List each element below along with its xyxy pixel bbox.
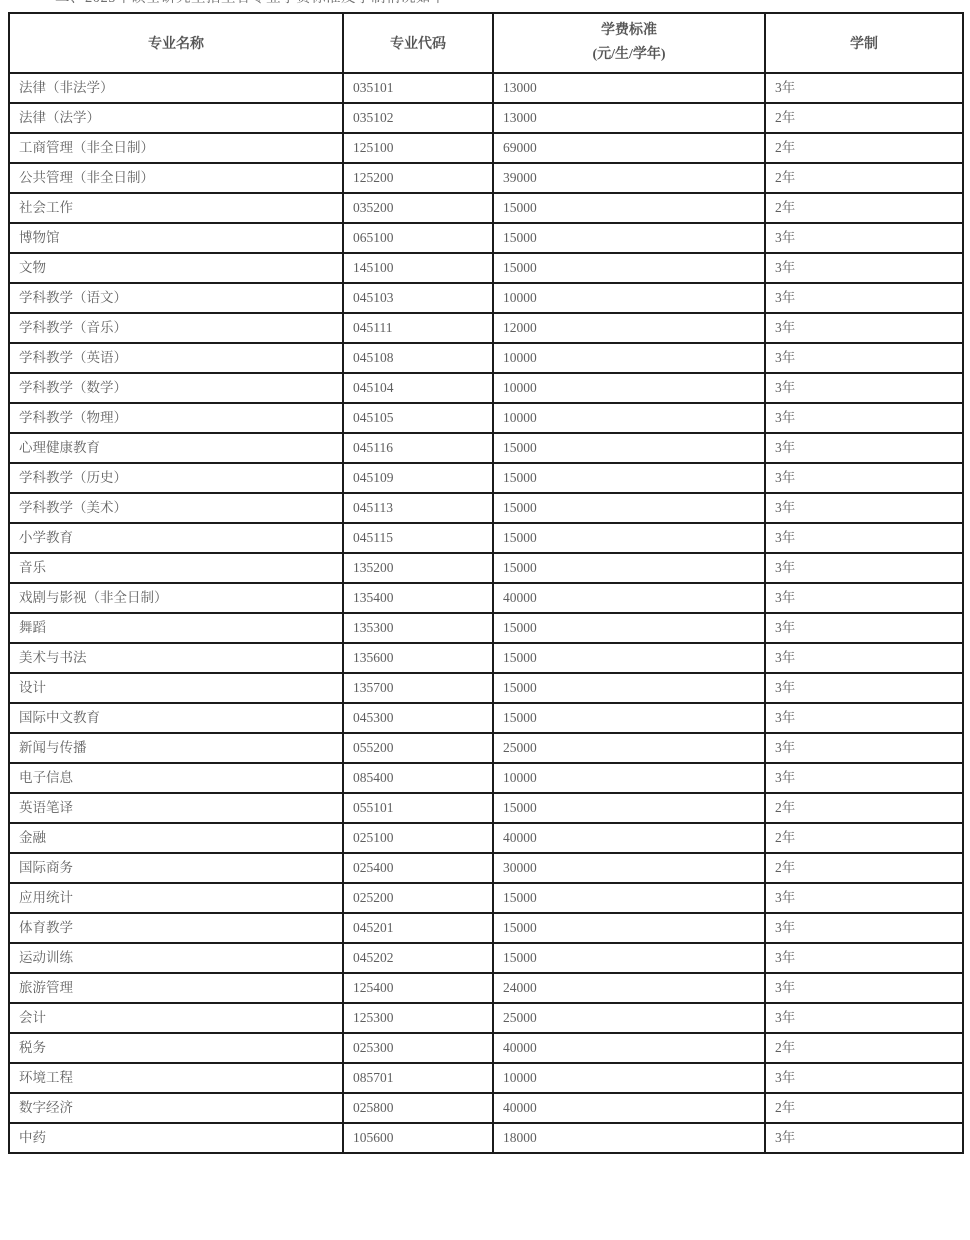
table-row: 体育教学045201150003年 [9, 913, 963, 943]
header-row: 专业名称 专业代码 学费标准 (元/生/学年) 学制 [9, 13, 963, 73]
table-row: 学科教学（历史）045109150003年 [9, 463, 963, 493]
major-code-cell: 035102 [343, 103, 493, 133]
duration-cell: 2年 [765, 163, 963, 193]
major-name-cell: 中药 [9, 1123, 343, 1153]
major-code-cell: 085701 [343, 1063, 493, 1093]
duration-cell: 3年 [765, 763, 963, 793]
major-code-cell: 045103 [343, 283, 493, 313]
major-name-cell: 运动训练 [9, 943, 343, 973]
major-name-cell: 公共管理（非全日制） [9, 163, 343, 193]
table-row: 工商管理（非全日制）125100690002年 [9, 133, 963, 163]
tuition-cell: 10000 [493, 1063, 765, 1093]
table-row: 国际中文教育045300150003年 [9, 703, 963, 733]
table-row: 公共管理（非全日制）125200390002年 [9, 163, 963, 193]
tuition-cell: 40000 [493, 1093, 765, 1123]
major-code-cell: 045202 [343, 943, 493, 973]
major-name-cell: 音乐 [9, 553, 343, 583]
duration-cell: 3年 [765, 883, 963, 913]
tuition-cell: 10000 [493, 763, 765, 793]
tuition-cell: 15000 [493, 793, 765, 823]
major-name-cell: 体育教学 [9, 913, 343, 943]
duration-cell: 3年 [765, 1003, 963, 1033]
tuition-cell: 15000 [493, 193, 765, 223]
tuition-cell: 15000 [493, 493, 765, 523]
table-row: 旅游管理125400240003年 [9, 973, 963, 1003]
table-row: 设计135700150003年 [9, 673, 963, 703]
document-page: 二、2025年硕士研究生招生各专业学费标准及学制情况如下 专业名称 专业代码 学… [0, 0, 970, 1240]
tuition-cell: 15000 [493, 223, 765, 253]
table-row: 金融025100400002年 [9, 823, 963, 853]
major-name-cell: 博物馆 [9, 223, 343, 253]
table-row: 国际商务025400300002年 [9, 853, 963, 883]
major-code-cell: 045116 [343, 433, 493, 463]
tuition-cell: 10000 [493, 373, 765, 403]
table-row: 电子信息085400100003年 [9, 763, 963, 793]
duration-cell: 3年 [765, 673, 963, 703]
major-name-cell: 小学教育 [9, 523, 343, 553]
duration-cell: 3年 [765, 523, 963, 553]
duration-cell: 3年 [765, 1123, 963, 1153]
duration-cell: 3年 [765, 433, 963, 463]
clipped-heading: 二、2025年硕士研究生招生各专业学费标准及学制情况如下 [8, 0, 970, 12]
table-row: 中药105600180003年 [9, 1123, 963, 1153]
tuition-cell: 10000 [493, 283, 765, 313]
major-name-cell: 环境工程 [9, 1063, 343, 1093]
table-row: 税务025300400002年 [9, 1033, 963, 1063]
major-name-cell: 数字经济 [9, 1093, 343, 1123]
major-name-cell: 会计 [9, 1003, 343, 1033]
major-code-cell: 045108 [343, 343, 493, 373]
major-name-cell: 工商管理（非全日制） [9, 133, 343, 163]
duration-cell: 2年 [765, 1093, 963, 1123]
tuition-cell: 15000 [493, 253, 765, 283]
header-major-name: 专业名称 [9, 13, 343, 73]
tuition-cell: 25000 [493, 1003, 765, 1033]
header-major-code: 专业代码 [343, 13, 493, 73]
header-duration: 学制 [765, 13, 963, 73]
tuition-cell: 10000 [493, 343, 765, 373]
duration-cell: 2年 [765, 853, 963, 883]
major-name-cell: 金融 [9, 823, 343, 853]
tuition-cell: 30000 [493, 853, 765, 883]
table-row: 小学教育045115150003年 [9, 523, 963, 553]
table-row: 学科教学（物理）045105100003年 [9, 403, 963, 433]
duration-cell: 2年 [765, 103, 963, 133]
table-row: 英语笔译055101150002年 [9, 793, 963, 823]
table-row: 文物145100150003年 [9, 253, 963, 283]
major-code-cell: 045201 [343, 913, 493, 943]
tuition-fee-table: 专业名称 专业代码 学费标准 (元/生/学年) 学制 法律（非法学）035101… [8, 12, 964, 1154]
major-code-cell: 085400 [343, 763, 493, 793]
tuition-cell: 15000 [493, 913, 765, 943]
major-code-cell: 135300 [343, 613, 493, 643]
clipped-heading-text: 二、2025年硕士研究生招生各专业学费标准及学制情况如下 [55, 0, 970, 9]
duration-cell: 3年 [765, 943, 963, 973]
tuition-cell: 25000 [493, 733, 765, 763]
table-row: 法律（非法学）035101130003年 [9, 73, 963, 103]
major-name-cell: 国际商务 [9, 853, 343, 883]
tuition-cell: 39000 [493, 163, 765, 193]
duration-cell: 2年 [765, 133, 963, 163]
major-code-cell: 045113 [343, 493, 493, 523]
tuition-cell: 13000 [493, 73, 765, 103]
duration-cell: 3年 [765, 613, 963, 643]
duration-cell: 2年 [765, 823, 963, 853]
major-name-cell: 学科教学（美术） [9, 493, 343, 523]
major-code-cell: 055101 [343, 793, 493, 823]
major-code-cell: 035200 [343, 193, 493, 223]
table-row: 美术与书法135600150003年 [9, 643, 963, 673]
table-row: 音乐135200150003年 [9, 553, 963, 583]
tuition-cell: 18000 [493, 1123, 765, 1153]
major-code-cell: 025800 [343, 1093, 493, 1123]
major-code-cell: 125400 [343, 973, 493, 1003]
major-code-cell: 135400 [343, 583, 493, 613]
major-name-cell: 新闻与传播 [9, 733, 343, 763]
duration-cell: 3年 [765, 733, 963, 763]
tuition-cell: 69000 [493, 133, 765, 163]
major-code-cell: 045115 [343, 523, 493, 553]
table-row: 新闻与传播055200250003年 [9, 733, 963, 763]
table-row: 法律（法学）035102130002年 [9, 103, 963, 133]
tuition-cell: 15000 [493, 553, 765, 583]
duration-cell: 3年 [765, 223, 963, 253]
fee-table-body: 法律（非法学）035101130003年法律（法学）035102130002年工… [9, 73, 963, 1153]
duration-cell: 3年 [765, 1063, 963, 1093]
duration-cell: 3年 [765, 583, 963, 613]
table-row: 学科教学（美术）045113150003年 [9, 493, 963, 523]
major-code-cell: 025200 [343, 883, 493, 913]
tuition-cell: 15000 [493, 463, 765, 493]
major-code-cell: 025100 [343, 823, 493, 853]
duration-cell: 3年 [765, 493, 963, 523]
major-name-cell: 学科教学（英语） [9, 343, 343, 373]
major-code-cell: 125300 [343, 1003, 493, 1033]
duration-cell: 2年 [765, 793, 963, 823]
duration-cell: 3年 [765, 73, 963, 103]
major-code-cell: 045105 [343, 403, 493, 433]
duration-cell: 3年 [765, 253, 963, 283]
major-name-cell: 舞蹈 [9, 613, 343, 643]
table-row: 应用统计025200150003年 [9, 883, 963, 913]
tuition-cell: 15000 [493, 523, 765, 553]
table-row: 运动训练045202150003年 [9, 943, 963, 973]
tuition-cell: 40000 [493, 583, 765, 613]
table-row: 学科教学（语文）045103100003年 [9, 283, 963, 313]
duration-cell: 3年 [765, 913, 963, 943]
major-code-cell: 145100 [343, 253, 493, 283]
table-row: 戏剧与影视（非全日制）135400400003年 [9, 583, 963, 613]
major-name-cell: 戏剧与影视（非全日制） [9, 583, 343, 613]
tuition-cell: 15000 [493, 643, 765, 673]
duration-cell: 3年 [765, 703, 963, 733]
duration-cell: 3年 [765, 643, 963, 673]
table-row: 学科教学（数学）045104100003年 [9, 373, 963, 403]
major-name-cell: 税务 [9, 1033, 343, 1063]
tuition-cell: 15000 [493, 433, 765, 463]
table-row: 学科教学（音乐）045111120003年 [9, 313, 963, 343]
tuition-cell: 15000 [493, 883, 765, 913]
major-name-cell: 设计 [9, 673, 343, 703]
duration-cell: 2年 [765, 1033, 963, 1063]
major-name-cell: 法律（法学） [9, 103, 343, 133]
duration-cell: 3年 [765, 373, 963, 403]
major-code-cell: 025300 [343, 1033, 493, 1063]
major-name-cell: 电子信息 [9, 763, 343, 793]
major-name-cell: 应用统计 [9, 883, 343, 913]
duration-cell: 3年 [765, 343, 963, 373]
header-tuition-title: 学费标准 [494, 19, 764, 43]
duration-cell: 2年 [765, 193, 963, 223]
major-name-cell: 社会工作 [9, 193, 343, 223]
tuition-cell: 10000 [493, 403, 765, 433]
major-name-cell: 旅游管理 [9, 973, 343, 1003]
major-code-cell: 065100 [343, 223, 493, 253]
tuition-cell: 40000 [493, 823, 765, 853]
duration-cell: 3年 [765, 463, 963, 493]
major-name-cell: 学科教学（语文） [9, 283, 343, 313]
major-name-cell: 国际中文教育 [9, 703, 343, 733]
header-tuition-unit: (元/生/学年) [494, 43, 764, 67]
table-row: 社会工作035200150002年 [9, 193, 963, 223]
major-name-cell: 学科教学（物理） [9, 403, 343, 433]
tuition-cell: 12000 [493, 313, 765, 343]
major-name-cell: 美术与书法 [9, 643, 343, 673]
major-code-cell: 025400 [343, 853, 493, 883]
duration-cell: 3年 [765, 973, 963, 1003]
tuition-cell: 40000 [493, 1033, 765, 1063]
duration-cell: 3年 [765, 313, 963, 343]
major-name-cell: 法律（非法学） [9, 73, 343, 103]
tuition-cell: 13000 [493, 103, 765, 133]
major-name-cell: 学科教学（数学） [9, 373, 343, 403]
major-code-cell: 125200 [343, 163, 493, 193]
major-code-cell: 135200 [343, 553, 493, 583]
major-code-cell: 105600 [343, 1123, 493, 1153]
major-code-cell: 125100 [343, 133, 493, 163]
major-name-cell: 英语笔译 [9, 793, 343, 823]
major-code-cell: 055200 [343, 733, 493, 763]
duration-cell: 3年 [765, 553, 963, 583]
table-row: 会计125300250003年 [9, 1003, 963, 1033]
major-code-cell: 045300 [343, 703, 493, 733]
table-row: 博物馆065100150003年 [9, 223, 963, 253]
duration-cell: 3年 [765, 403, 963, 433]
major-name-cell: 心理健康教育 [9, 433, 343, 463]
major-code-cell: 045111 [343, 313, 493, 343]
major-code-cell: 135600 [343, 643, 493, 673]
tuition-cell: 15000 [493, 673, 765, 703]
table-row: 心理健康教育045116150003年 [9, 433, 963, 463]
tuition-cell: 15000 [493, 943, 765, 973]
major-code-cell: 045109 [343, 463, 493, 493]
table-row: 数字经济025800400002年 [9, 1093, 963, 1123]
duration-cell: 3年 [765, 283, 963, 313]
major-name-cell: 文物 [9, 253, 343, 283]
tuition-cell: 15000 [493, 703, 765, 733]
major-code-cell: 035101 [343, 73, 493, 103]
major-code-cell: 045104 [343, 373, 493, 403]
table-row: 舞蹈135300150003年 [9, 613, 963, 643]
major-code-cell: 135700 [343, 673, 493, 703]
major-name-cell: 学科教学（历史） [9, 463, 343, 493]
header-tuition: 学费标准 (元/生/学年) [493, 13, 765, 73]
table-row: 学科教学（英语）045108100003年 [9, 343, 963, 373]
tuition-cell: 15000 [493, 613, 765, 643]
major-name-cell: 学科教学（音乐） [9, 313, 343, 343]
tuition-cell: 24000 [493, 973, 765, 1003]
table-row: 环境工程085701100003年 [9, 1063, 963, 1093]
